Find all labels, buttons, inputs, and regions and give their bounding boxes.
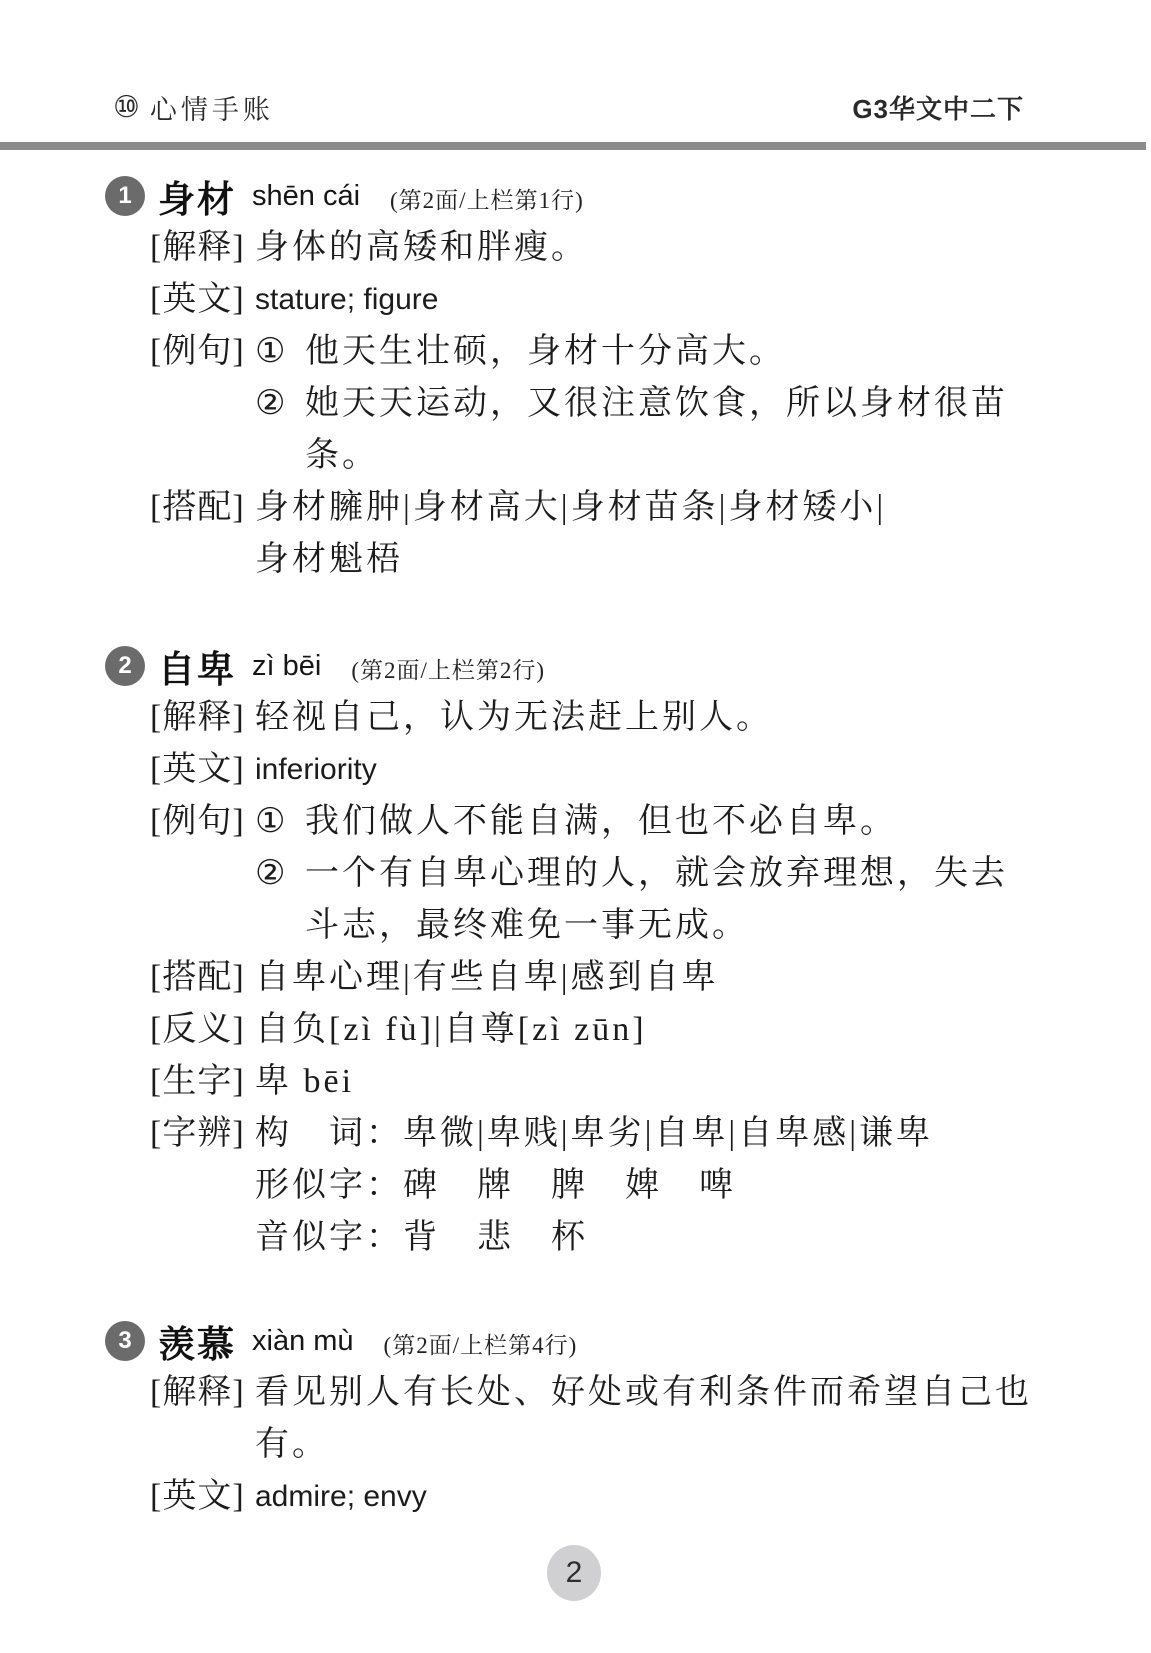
entry-line: ②一个有自卑心理的人，就会放弃理想，失去 [105,848,1151,900]
row-marker: ② [255,848,305,900]
entry-line: [搭配]自卑心理|有些自卑|感到自卑 [105,952,1151,1004]
vocab-entry: 3 羡慕 xiàn mù (第2面/上栏第4行) [解释]看见别人有长处、好处或… [105,1315,1151,1523]
row-label: [英文] [150,274,255,326]
page-number: 2 [566,1556,583,1590]
row-label: [英文] [150,1471,255,1523]
row-text: 身材魁梧 [255,534,403,586]
entry-location: (第2面/上栏第2行) [351,648,545,685]
row-text: 形似字：碑 牌 脾 婢 啤 [255,1160,736,1212]
entry-line: 有。 [105,1419,1151,1471]
row-text: 自卑心理|有些自卑|感到自卑 [255,952,719,1004]
row-label: [搭配] [150,952,255,1004]
row-label: [反义] [150,1004,255,1056]
row-text: 一个有自卑心理的人，就会放弃理想，失去 [305,848,1008,900]
entry-pinyin: zì bēi [252,650,321,683]
row-label: [解释] [150,222,255,274]
row-marker: ① [255,326,305,378]
row-text: 她天天运动，又很注意饮食，所以身材很苗 [305,378,1008,430]
row-marker: ① [255,796,305,848]
entry-line: [搭配]身材臃肿|身材高大|身材苗条|身材矮小| [105,482,1151,534]
entry-line: [英文]stature; figure [105,274,1151,326]
entry-line: [例句]①我们做人不能自满，但也不必自卑。 [105,796,1151,848]
entry-pinyin: shēn cái [252,180,360,213]
entry-line: 条。 [105,430,1151,482]
row-label: [例句] [150,796,255,848]
entry-line: [解释]看见别人有长处、好处或有利条件而希望自己也 [105,1367,1151,1419]
entry-line: ②她天天运动，又很注意饮食，所以身材很苗 [105,378,1151,430]
row-text: 他天生壮硕，身材十分高大。 [305,326,786,378]
vocab-entry: 2 自卑 zì bēi (第2面/上栏第2行) [解释]轻视自己，认为无法赶上别… [105,640,1151,1264]
entry-location: (第2面/上栏第1行) [390,178,584,215]
row-text: 有。 [255,1419,329,1471]
row-text: inferiority [255,744,377,796]
entry-line: [解释]身体的高矮和胖瘦。 [105,222,1151,274]
row-text: 音似字：背 悲 杯 [255,1212,588,1264]
row-text: 身体的高矮和胖瘦。 [255,222,588,274]
entry-word: 羡慕 [158,1314,236,1368]
row-label [150,900,255,952]
book-title: G3华文中二下 [852,89,1024,126]
entry-pinyin: xiàn mù [252,1325,354,1358]
unit-header: ⑩ 心情手账 [113,88,274,127]
row-text: 卑 bēi [255,1056,354,1108]
row-label: [英文] [150,744,255,796]
row-text: 轻视自己，认为无法赶上别人。 [255,692,773,744]
entry-word: 身材 [158,169,236,223]
row-label: [解释] [150,692,255,744]
row-label: [字辨] [150,1108,255,1160]
entry-location: (第2面/上栏第4行) [384,1323,578,1360]
row-marker: ② [255,378,305,430]
vocab-entry: 1 身材 shēn cái (第2面/上栏第1行) [解释]身体的高矮和胖瘦。 … [105,170,1151,586]
entry-line: 身材魁梧 [105,534,1151,586]
row-marker [255,900,305,952]
entry-title-row: 3 羡慕 xiàn mù (第2面/上栏第4行) [105,1315,1151,1367]
entry-number-badge: 3 [105,1321,145,1361]
row-label [150,1160,255,1212]
entry-line: [反义]自负[zì fù]|自尊[zì zūn] [105,1004,1151,1056]
entry-line: [字辨]构 词：卑微|卑贱|卑劣|自卑|自卑感|谦卑 [105,1108,1151,1160]
page-content: 1 身材 shēn cái (第2面/上栏第1行) [解释]身体的高矮和胖瘦。 … [105,170,1151,1523]
row-label [150,534,255,586]
entry-line: 音似字：背 悲 杯 [105,1212,1151,1264]
row-text: 自负[zì fù]|自尊[zì zūn] [255,1004,647,1056]
entry-line: [生字]卑 bēi [105,1056,1151,1108]
row-text: 条。 [305,430,379,482]
unit-number-icon: ⑩ [113,90,140,125]
row-label: [搭配] [150,482,255,534]
row-label: [例句] [150,326,255,378]
entry-title-row: 1 身材 shēn cái (第2面/上栏第1行) [105,170,1151,222]
row-text: stature; figure [255,274,438,326]
page-number-badge: 2 [547,1545,601,1601]
row-text: 我们做人不能自满，但也不必自卑。 [305,796,897,848]
row-label [150,1212,255,1264]
entry-number-badge: 2 [105,646,145,686]
row-text: 身材臃肿|身材高大|身材苗条|身材矮小| [255,482,886,534]
entry-line: [例句]①他天生壮硕，身材十分高大。 [105,326,1151,378]
row-label: [解释] [150,1367,255,1419]
row-text: 构 词：卑微|卑贱|卑劣|自卑|自卑感|谦卑 [255,1108,933,1160]
entry-line: 形似字：碑 牌 脾 婢 啤 [105,1160,1151,1212]
row-text: 看见别人有长处、好处或有利条件而希望自己也 [255,1367,1032,1419]
row-label [150,430,255,482]
row-text: admire; envy [255,1471,427,1523]
entry-number-badge: 1 [105,176,145,216]
row-label [150,848,255,900]
row-text: 斗志，最终难免一事无成。 [305,900,749,952]
row-label: [生字] [150,1056,255,1108]
row-label [150,378,255,430]
textbook-page: ⑩ 心情手账 G3华文中二下 1 身材 shēn cái (第2面/上栏第1行)… [0,0,1151,1653]
unit-title: 心情手账 [150,88,274,127]
entry-line: [解释]轻视自己，认为无法赶上别人。 [105,692,1151,744]
entry-line: 斗志，最终难免一事无成。 [105,900,1151,952]
entry-title-row: 2 自卑 zì bēi (第2面/上栏第2行) [105,640,1151,692]
row-marker [255,430,305,482]
entry-word: 自卑 [158,639,236,693]
entry-line: [英文]admire; envy [105,1471,1151,1523]
page-header: ⑩ 心情手账 G3华文中二下 [113,88,1024,127]
header-divider [0,142,1146,150]
row-label [150,1419,255,1471]
entry-line: [英文]inferiority [105,744,1151,796]
